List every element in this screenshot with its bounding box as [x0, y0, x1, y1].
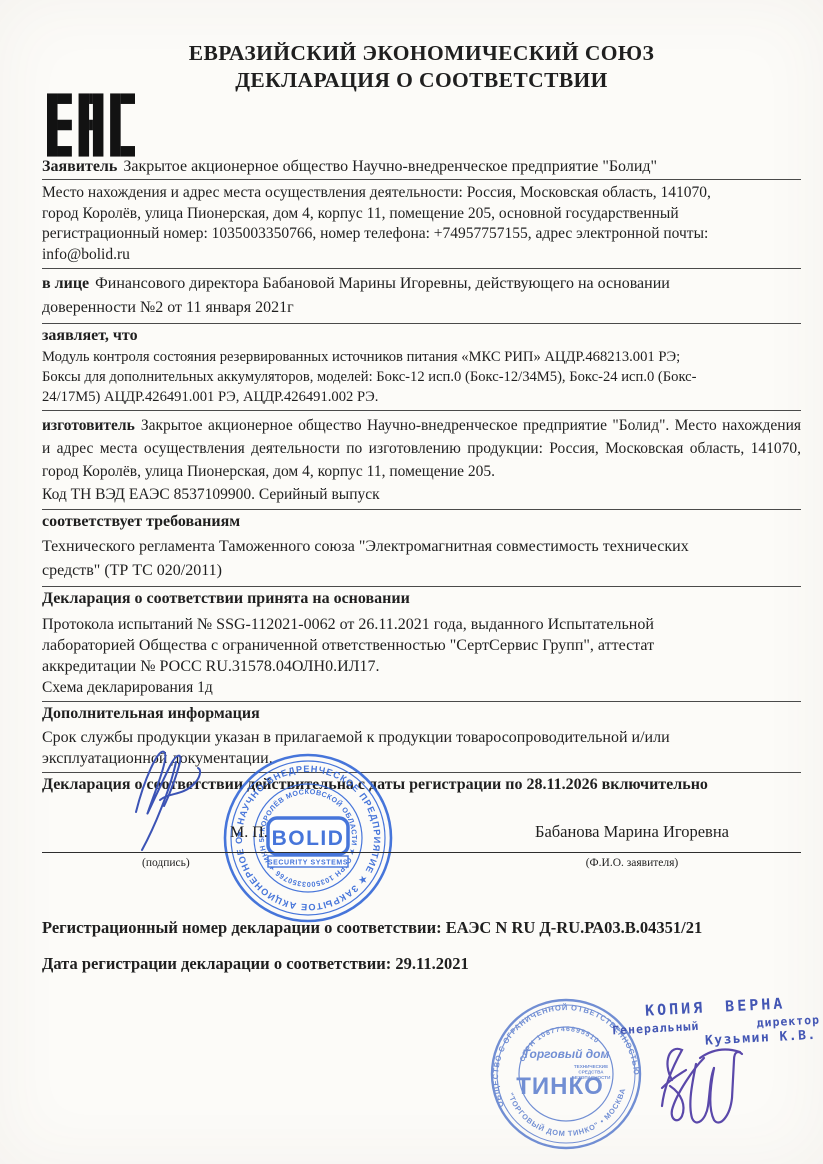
basis-label: Декларация о соответствии принята на осн…: [42, 590, 801, 608]
address-paragraph: Место нахождения и адрес места осуществл…: [42, 183, 801, 265]
additional-info-label: Дополнительная информация: [42, 705, 801, 723]
bolid-stamp-logo-subtext: SECURITY SYSTEMS: [268, 860, 348, 867]
registration-date-line: Дата регистрации декларации о соответств…: [42, 954, 801, 974]
manufacturer-text: Закрытое акционерное общество Научно-вне…: [42, 417, 801, 480]
eac-mark-icon: [47, 92, 135, 163]
signature-line: [42, 852, 801, 853]
signature-zone: ★ НАУЧНО-ВНЕДРЕНЧЕСКОЕ ПРЕДПРИЯТИЕ ★ ЗАК…: [42, 794, 801, 902]
director-signature-icon: [642, 1030, 762, 1135]
separator: [42, 179, 801, 180]
registration-number-line: Регистрационный номер декларации о соотв…: [42, 918, 801, 938]
test-report-paragraph: Протокола испытаний № SSG-112021-0062 от…: [42, 614, 801, 677]
separator: [42, 509, 801, 510]
bolid-stamp-logo-text: BOLID: [272, 827, 345, 850]
declaration-document: ЕВРАЗИЙСКИЙ ЭКОНОМИЧЕСКИЙ СОЮЗ ДЕКЛАРАЦИ…: [0, 0, 823, 1164]
products-paragraph: Модуль контроля состояния резервированны…: [42, 347, 801, 407]
declaration-scheme-line: Схема декларирования 1д: [42, 677, 801, 698]
stamp-place-label: М. П.: [230, 824, 268, 842]
tnved-code-line: Код ТН ВЭД ЕАЭС 8537109900. Серийный вып…: [42, 483, 801, 506]
represented-by-line: в лицеФинансового директора Бабановой Ма…: [42, 272, 801, 320]
represented-by-text: Финансового директора Бабановой Марины И…: [42, 275, 670, 316]
applicant-text: Закрытое акционерное общество Научно-вне…: [123, 158, 657, 175]
separator: [42, 586, 801, 587]
applicant-name: Бабанова Марина Игоревна: [462, 822, 802, 842]
tinko-stamp-small-text-2: СРЕДСТВА: [578, 1070, 604, 1075]
separator: [42, 410, 801, 411]
tinko-stamp-small-text-3: БЕЗОПАСНОСТИ: [572, 1075, 611, 1080]
separator: [42, 323, 801, 324]
complies-label: соответствует требованиям: [42, 513, 801, 531]
tinko-stamp-script-text: Торговый дом: [523, 1047, 610, 1061]
technical-regulation-paragraph: Технического регламента Таможенного союз…: [42, 535, 801, 583]
applicant-line: ЗаявительЗакрытое акционерное общество Н…: [42, 158, 801, 176]
separator: [42, 701, 801, 702]
declares-label: заявляет, что: [42, 327, 801, 345]
manufacturer-label: изготовитель: [42, 417, 135, 434]
document-title-line1: ЕВРАЗИЙСКИЙ ЭКОНОМИЧЕСКИЙ СОЮЗ: [42, 40, 801, 67]
separator: [42, 268, 801, 269]
signature-caption: (подпись): [142, 857, 190, 869]
name-caption: (Ф.И.О. заявителя): [462, 857, 802, 869]
tinko-stamp-small-text-1: ТЕХНИЧЕСКИЕ: [574, 1064, 608, 1069]
applicant-signature-icon: [110, 742, 220, 859]
manufacturer-paragraph: изготовительЗакрытое акционерное обществ…: [42, 414, 801, 483]
document-title-line2: ДЕКЛАРАЦИЯ О СООТВЕТСТВИИ: [42, 67, 801, 94]
represented-by-label: в лице: [42, 275, 89, 292]
